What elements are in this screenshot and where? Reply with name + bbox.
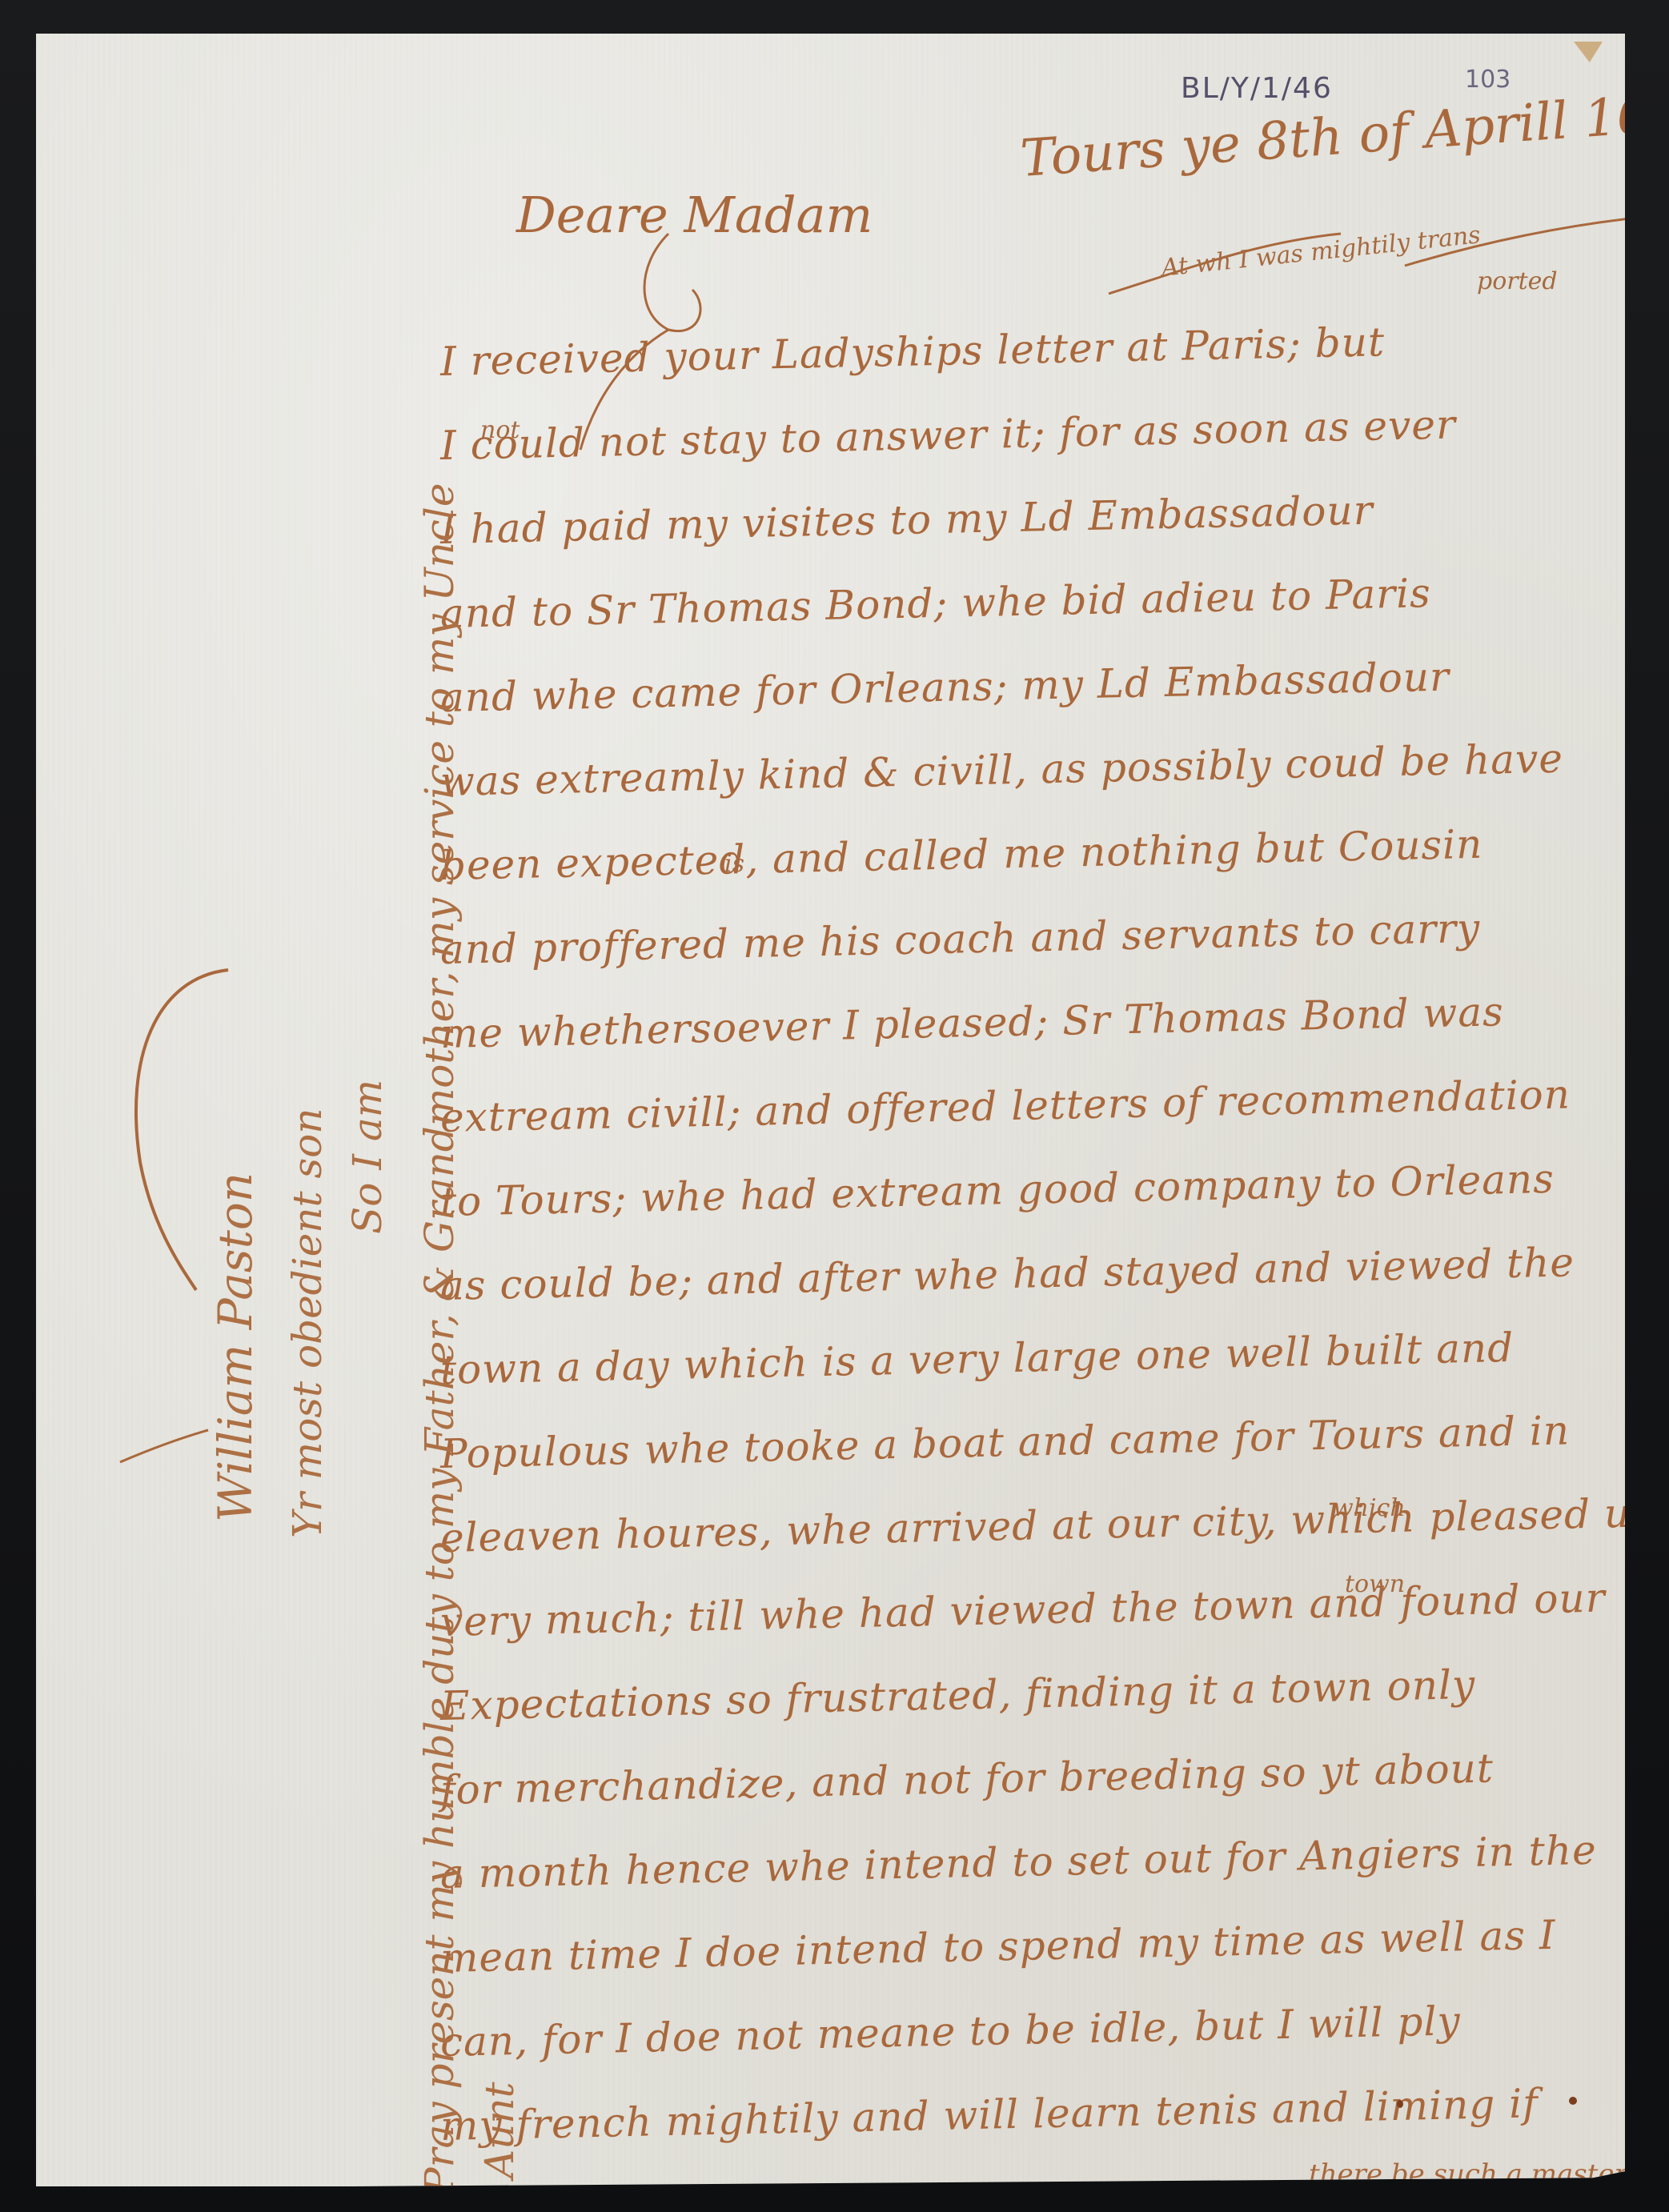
postscript-line: Aunt xyxy=(476,2082,523,2178)
insertion-which: which xyxy=(1333,1494,1406,1522)
dateline: Tours ye 8th of Aprill 1671 xyxy=(1018,82,1669,189)
paper-corner-stain xyxy=(1574,42,1603,62)
insertion-is: is xyxy=(724,850,744,878)
postscript-line: Yr most obedient son xyxy=(284,1108,331,1538)
postscript-line: Pray present my humble duty to my Father… xyxy=(416,483,463,2194)
margin-postscript: Pray present my humble duty to my Father… xyxy=(112,274,528,2194)
archive-reference: BL/Y/1/46 xyxy=(1181,72,1333,105)
interlinear-note-line-2: ported xyxy=(1477,267,1558,295)
letter-body: I received your Ladyships letter at Pari… xyxy=(440,320,1657,2169)
ink-spot xyxy=(1397,2100,1403,2108)
postscript-line: So I am xyxy=(344,1080,391,1234)
insertion-town: town xyxy=(1345,1570,1405,1598)
signature: William Paston xyxy=(208,1172,263,1522)
folio-number: 103 xyxy=(1465,66,1511,94)
letter-page: BL/Y/1/46 103 Tours ye 8th of Aprill 167… xyxy=(36,34,1625,2186)
ink-spot xyxy=(1569,2097,1577,2105)
